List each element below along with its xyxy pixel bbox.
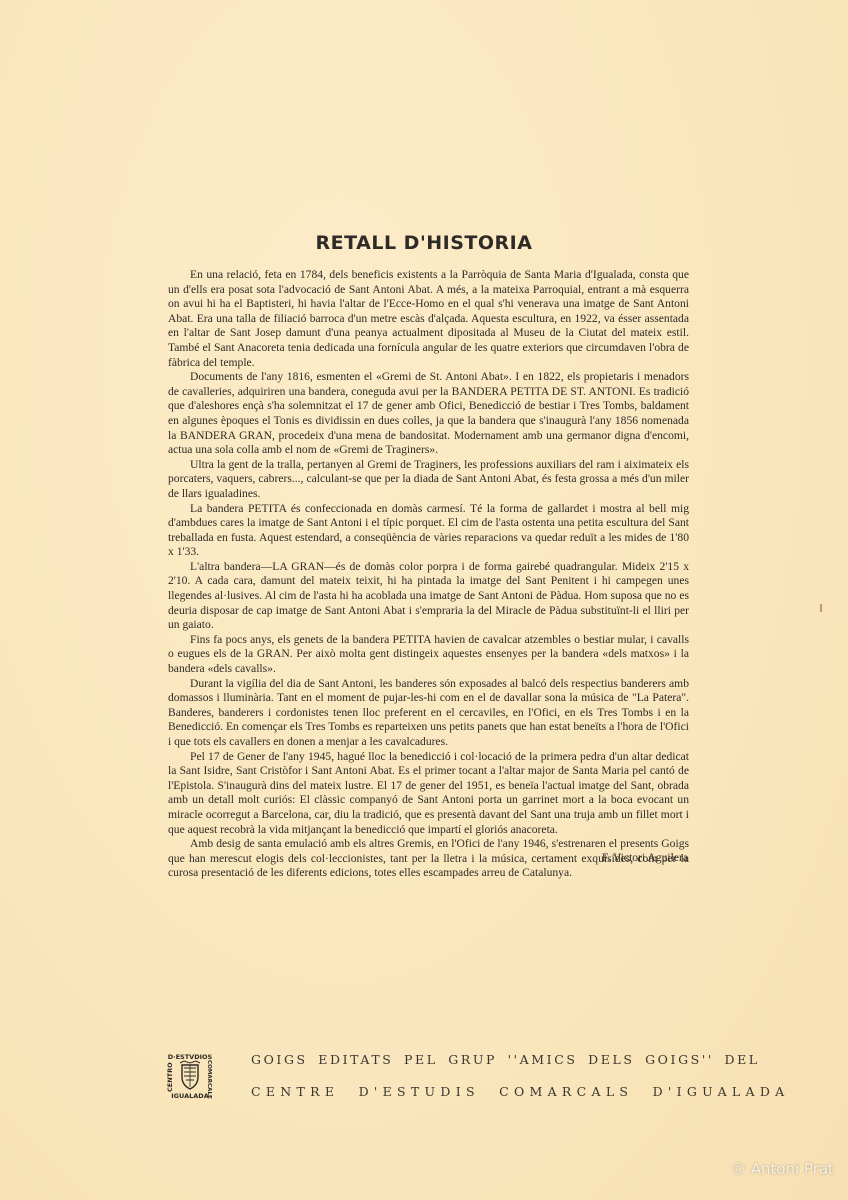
svg-text:D·ESTVDIOS: D·ESTVDIOS [168, 1053, 213, 1061]
paragraph: Fins fa pocs anys, els genets de la band… [168, 633, 689, 677]
article-body: En una relació, feta en 1784, dels benef… [168, 268, 689, 881]
document-page: RETALL D'HISTORIA En una relació, feta e… [0, 0, 848, 1200]
paragraph: Pel 17 de Gener de l'any 1945, hagué llo… [168, 750, 689, 838]
paragraph: L'altra bandera—LA GRAN—és de domàs colo… [168, 560, 689, 633]
svg-text:IGUALADA: IGUALADA [171, 1092, 208, 1099]
paragraph: En una relació, feta en 1784, dels benef… [168, 268, 689, 370]
paper-blemish [820, 604, 822, 612]
footer-publisher-line-2: CENTRE D'ESTUDIS COMARCALS D'IGUALADA [251, 1084, 790, 1099]
copyright-watermark: © Antoni Prat [731, 1160, 834, 1178]
author-signature: F. Victori Aguilera [602, 851, 688, 864]
page-title: RETALL D'HISTORIA [0, 232, 848, 254]
paragraph: Durant la vigília del dia de Sant Antoni… [168, 677, 689, 750]
paragraph: Ultra la gent de la tralla, pertanyen al… [168, 458, 689, 502]
footer-publisher-line-1: GOIGS EDITATS PEL GRUP ''AMICS DELS GOIG… [251, 1052, 760, 1067]
svg-text:COMARCALES: COMARCALES [206, 1060, 212, 1099]
svg-text:CENTRO: CENTRO [166, 1062, 174, 1092]
centre-estudis-seal-icon: D·ESTVDIOS IGUALADA CENTRO COMARCALES [166, 1051, 214, 1099]
paragraph: La bandera PETITA és confeccionada en do… [168, 502, 689, 560]
paragraph: Documents de l'any 1816, esmenten el «Gr… [168, 370, 689, 458]
